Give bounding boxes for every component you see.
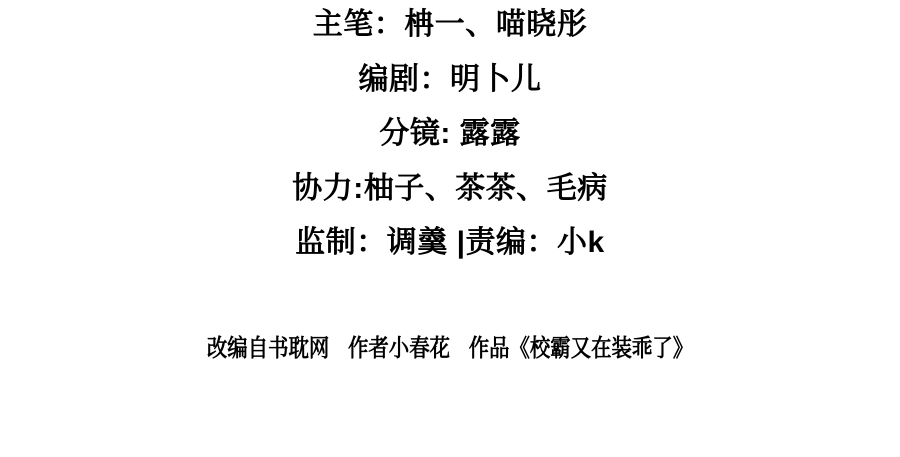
credit-line-storyboard: 分镜: 露露 — [0, 107, 900, 162]
comic-credits-page: 主笔：柟一、喵晓彤 编剧：明卜儿 分镜: 露露 协力:柚子、茶茶、毛病 监制：调… — [0, 0, 900, 457]
credit-line-lead-artist: 主笔：柟一、喵晓彤 — [0, 0, 900, 53]
adaptation-source-site: 改编自书耽网 — [207, 328, 329, 363]
adaptation-work-title: 作品《校霸又在装乖了》 — [469, 328, 693, 363]
adaptation-author: 作者小春花 — [348, 328, 450, 363]
credit-line-assistance: 协力:柚子、茶茶、毛病 — [0, 162, 900, 217]
credits-block: 主笔：柟一、喵晓彤 编剧：明卜儿 分镜: 露露 协力:柚子、茶茶、毛病 监制：调… — [0, 0, 900, 271]
adaptation-source-line: 改编自书耽网 作者小春花 作品《校霸又在装乖了》 — [68, 325, 833, 365]
credit-line-supervisor-editor: 监制：调羹 |责编：小k — [0, 216, 900, 271]
credit-line-screenwriter: 编剧：明卜儿 — [0, 53, 900, 108]
